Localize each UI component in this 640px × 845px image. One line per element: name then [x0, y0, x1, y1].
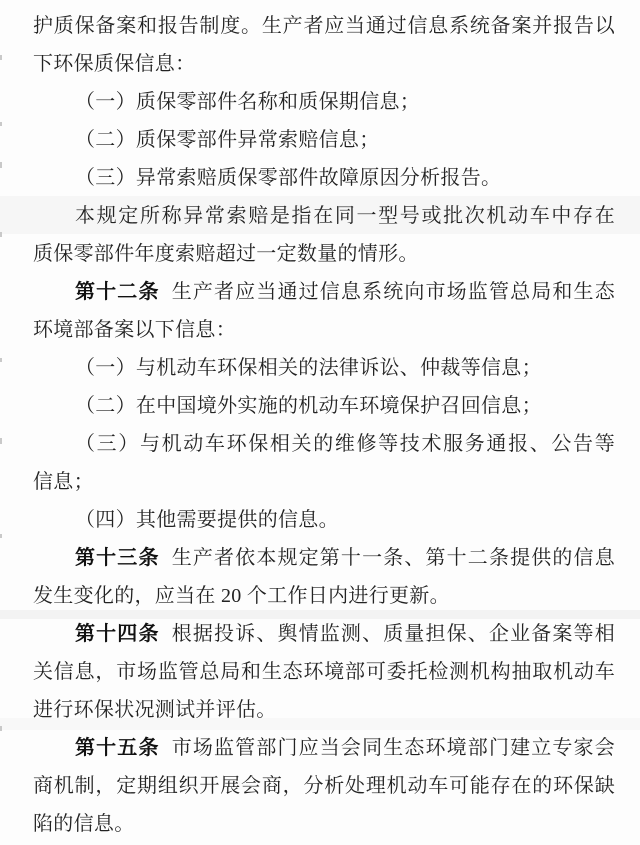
- text-segment: 环境部备案以下信息：: [33, 319, 236, 341]
- text-line: 关信息，市场监管总局和生态环境部可委托检测机构抽取机动车: [33, 653, 615, 691]
- scan-edge-mark: [0, 726, 2, 731]
- text-line: （一）质保零部件名称和质保期信息；: [33, 83, 615, 121]
- text-segment: 护质保备案和报告制度。生产者应当通过信息系统备案并报告以: [33, 15, 615, 37]
- scan-edge-mark: [0, 358, 2, 362]
- text-segment: 根据投诉、舆情监测、质量担保、企业备案等相: [166, 623, 615, 645]
- scan-edge-mark: [0, 55, 2, 60]
- scan-edge-mark: [0, 122, 2, 126]
- text-segment: （三）异常索赔质保零部件故障原因分析报告。: [75, 167, 501, 189]
- article-number-label: 第十二条: [75, 281, 160, 303]
- text-segment: 进行环保状况测试并评估。: [33, 699, 277, 721]
- text-segment: （三）与机动车环保相关的维修等技术服务通报、公告等: [75, 433, 615, 455]
- text-line: 陷的信息。: [33, 805, 615, 843]
- text-line: 发生变化的，应当在 20 个工作日内进行更新。: [33, 577, 615, 615]
- text-segment: 陷的信息。: [33, 813, 135, 835]
- text-line: （三）与机动车环保相关的维修等技术服务通报、公告等: [33, 425, 615, 463]
- document-body: 护质保备案和报告制度。生产者应当通过信息系统备案并报告以下环保质保信息：（一）质…: [33, 7, 615, 843]
- text-line: 进行环保状况测试并评估。: [33, 691, 615, 729]
- article-number-label: 第十三条: [75, 547, 160, 569]
- text-line: 环境部备案以下信息：: [33, 311, 615, 349]
- text-segment: 关信息，市场监管总局和生态环境部可委托检测机构抽取机动车: [33, 661, 615, 683]
- text-line: 第十五条 市场监管部门应当会同生态环境部门建立专家会: [33, 729, 615, 767]
- text-line: （一）与机动车环保相关的法律诉讼、仲裁等信息；: [33, 349, 615, 387]
- text-segment: （二）质保零部件异常索赔信息；: [75, 129, 380, 151]
- article-number-label: 第十五条: [75, 737, 160, 759]
- text-line: 第十三条 生产者依本规定第十一条、第十二条提供的信息: [33, 539, 615, 577]
- text-line: 护质保备案和报告制度。生产者应当通过信息系统备案并报告以: [33, 7, 615, 45]
- text-line: （四）其他需要提供的信息。: [33, 501, 615, 539]
- text-segment: （四）其他需要提供的信息。: [75, 509, 339, 531]
- scan-edge-mark: [0, 534, 2, 538]
- text-segment: 信息；: [33, 471, 94, 493]
- text-line: 商机制，定期组织开展会商，分析处理机动车可能存在的环保缺: [33, 767, 615, 805]
- text-line: 质保零部件年度索赔超过一定数量的情形。: [33, 235, 615, 273]
- article-number-label: 第十四条: [75, 623, 160, 645]
- text-segment: 生产者依本规定第十一条、第十二条提供的信息: [166, 547, 615, 569]
- text-segment: 生产者应当通过信息系统向市场监管总局和生态: [166, 281, 615, 303]
- text-line: 第十四条 根据投诉、舆情监测、质量担保、企业备案等相: [33, 615, 615, 653]
- text-line: （二）质保零部件异常索赔信息；: [33, 121, 615, 159]
- scan-edge-mark: [0, 438, 2, 444]
- scan-edge-mark: [0, 232, 2, 237]
- text-segment: 市场监管部门应当会同生态环境部门建立专家会: [166, 737, 615, 759]
- text-segment: 本规定所称异常索赔是指在同一型号或批次机动车中存在: [75, 205, 615, 227]
- text-line: 第十二条 生产者应当通过信息系统向市场监管总局和生态: [33, 273, 615, 311]
- text-line: （三）异常索赔质保零部件故障原因分析报告。: [33, 159, 615, 197]
- scan-edge-mark: [0, 162, 2, 168]
- text-segment: 下环保质保信息：: [33, 53, 195, 75]
- text-line: 下环保质保信息：: [33, 45, 615, 83]
- text-segment: 商机制，定期组织开展会商，分析处理机动车可能存在的环保缺: [33, 775, 615, 797]
- text-line: （二）在中国境外实施的机动车环境保护召回信息；: [33, 387, 615, 425]
- text-segment: （一）质保零部件名称和质保期信息；: [75, 91, 420, 113]
- text-segment: 质保零部件年度索赔超过一定数量的情形。: [33, 243, 419, 265]
- text-segment: 发生变化的，应当在 20 个工作日内进行更新。: [33, 585, 450, 607]
- text-segment: （一）与机动车环保相关的法律诉讼、仲裁等信息；: [75, 357, 542, 379]
- text-segment: （二）在中国境外实施的机动车环境保护召回信息；: [75, 395, 542, 417]
- text-line: 本规定所称异常索赔是指在同一型号或批次机动车中存在: [33, 197, 615, 235]
- document-page: 护质保备案和报告制度。生产者应当通过信息系统备案并报告以下环保质保信息：（一）质…: [0, 0, 640, 845]
- text-line: 信息；: [33, 463, 615, 501]
